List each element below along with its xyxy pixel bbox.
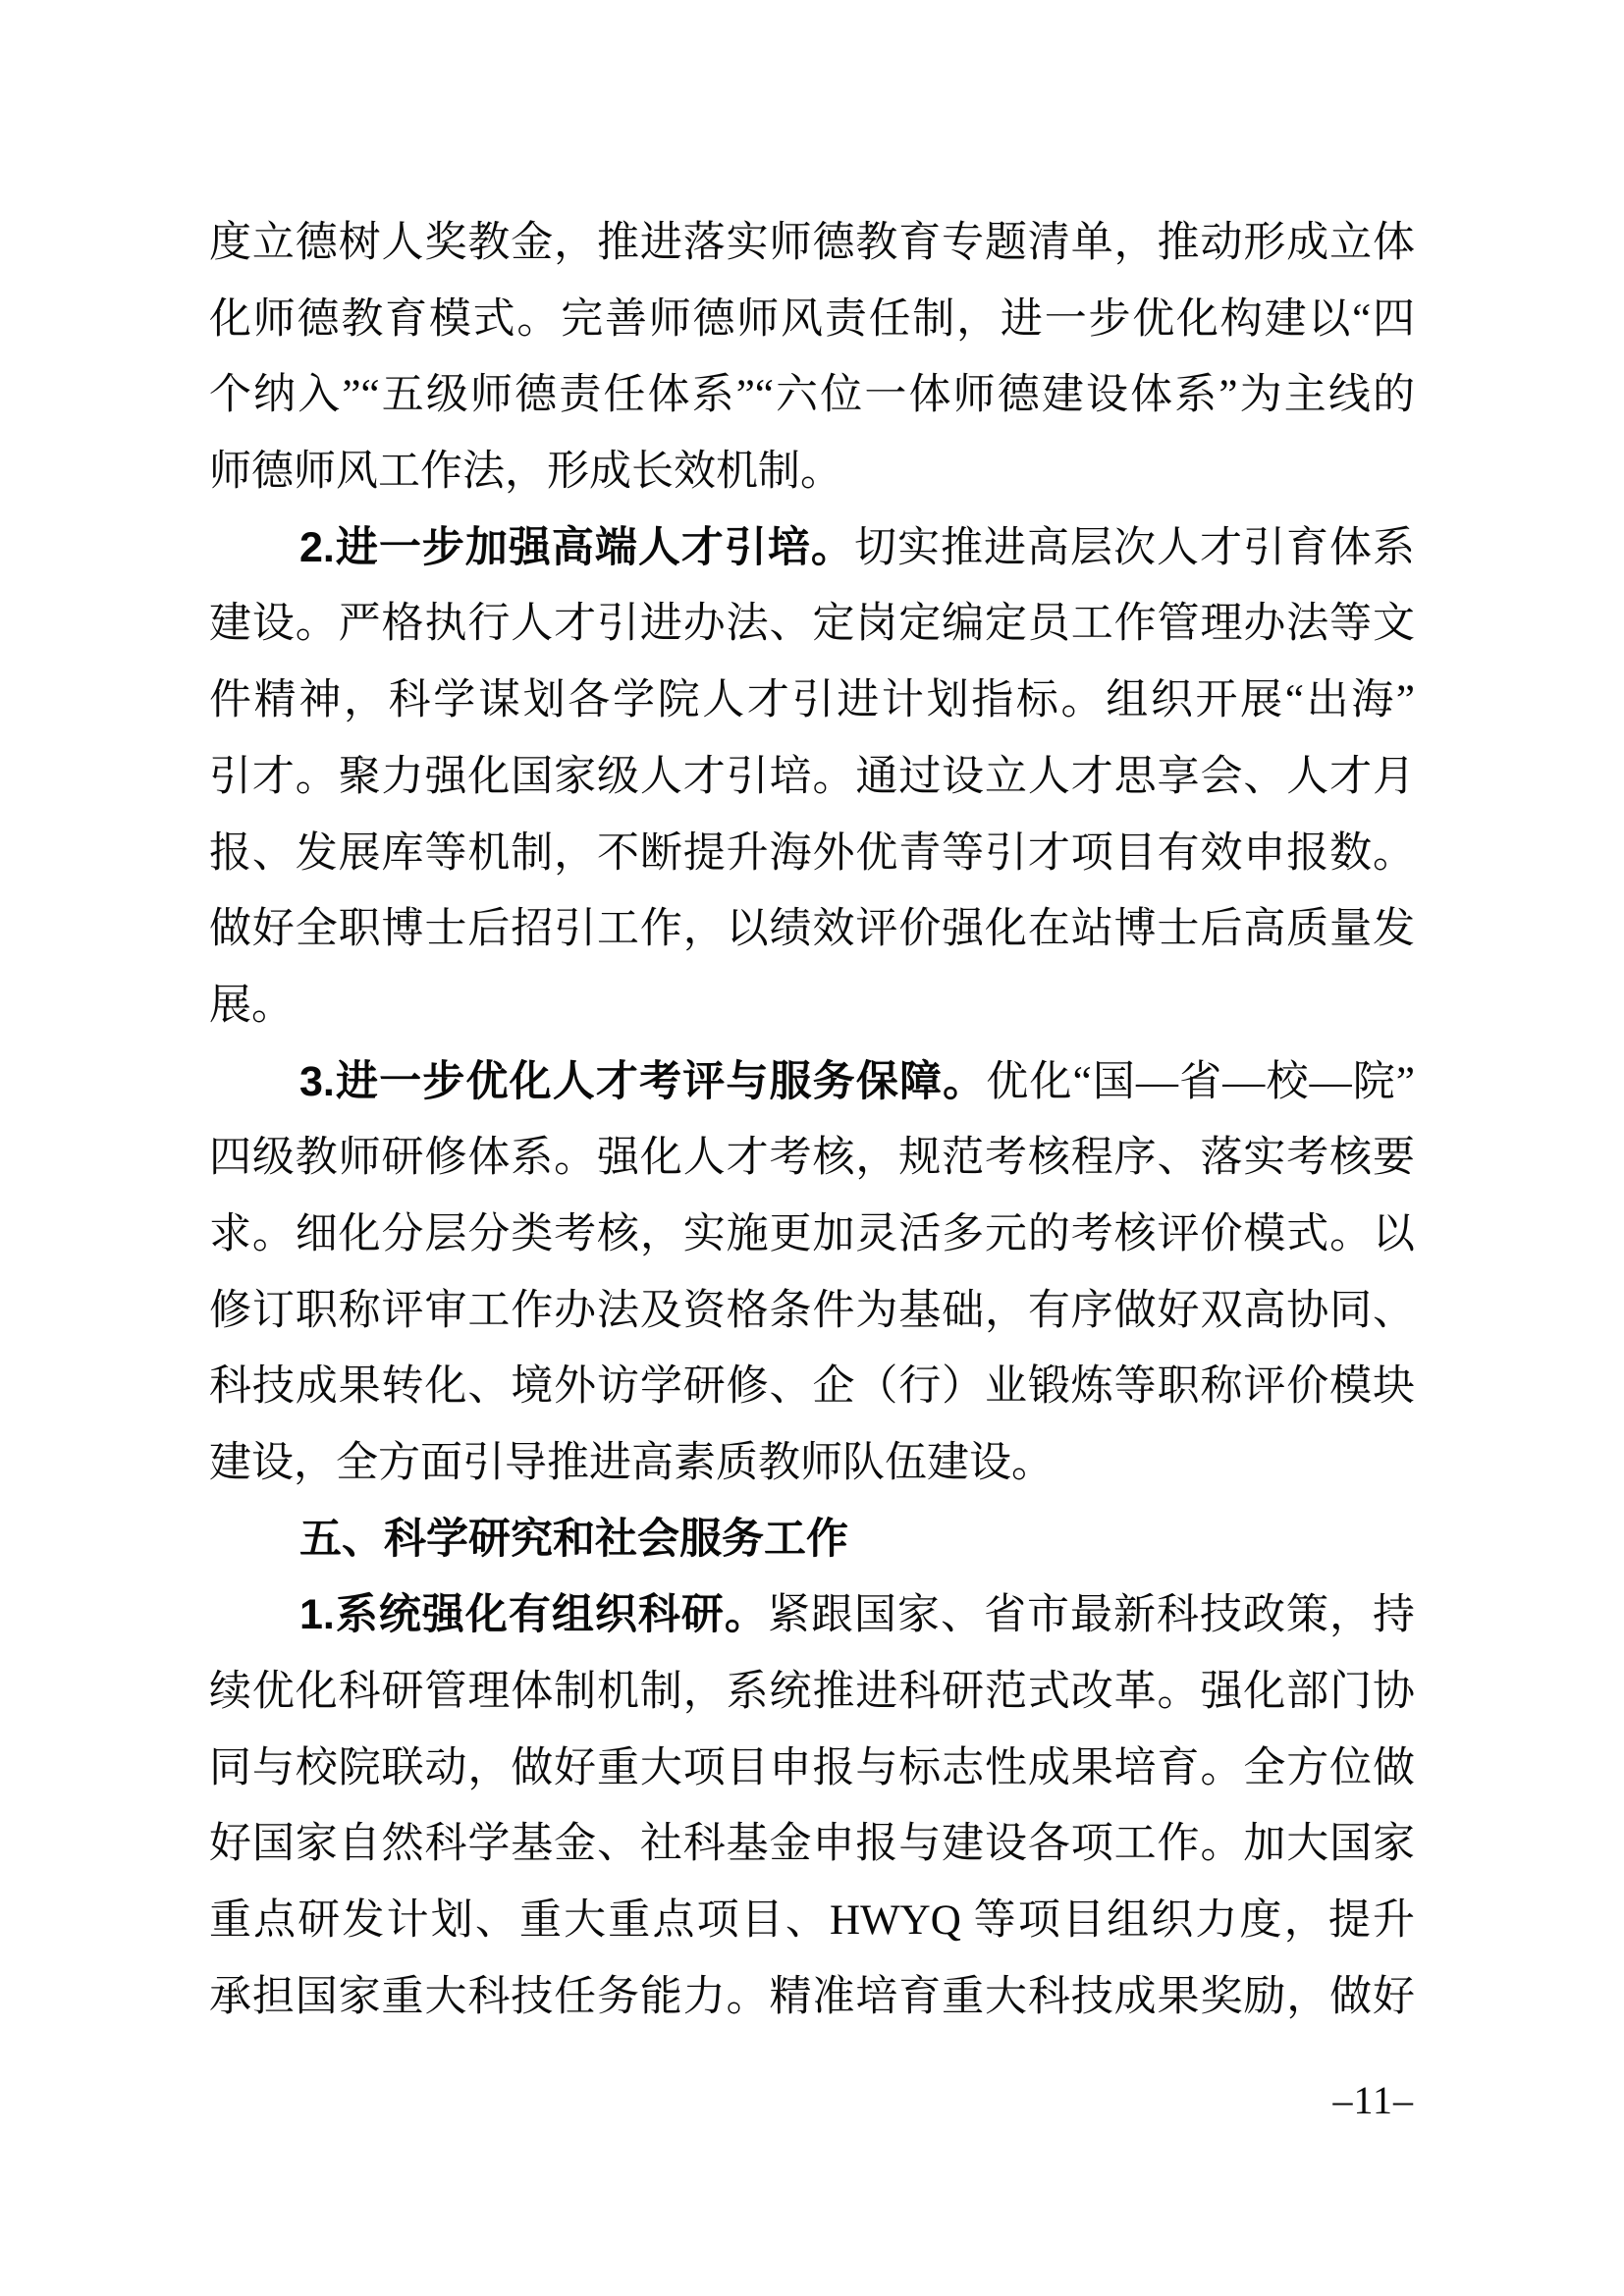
document-page: 度立德树人奖教金，推进落实师德教育专题清单，推动形成立体化师德教育模式。完善师德… — [0, 0, 1624, 2296]
talent-recruitment-paragraph: 2.进一步加强高端人才引培。切实推进高层次人才引育体系建设。严格执行人才引进办法… — [209, 510, 1415, 1044]
text-line: 重点研发计划、重大重点项目、HWYQ 等项目组织力度，提升 — [209, 1883, 1415, 1959]
body-text: 做好全职博士后招引工作，以绩效评价强化在站博士后高质量发 — [209, 906, 1415, 952]
text-line: 同与校院联动，做好重大项目申报与标志性成果培育。全方位做 — [209, 1731, 1415, 1807]
text-line: 建设。严格执行人才引进办法、定岗定编定员工作管理办法等文 — [209, 586, 1415, 663]
text-line: 个纳入”“五级师德责任体系”“六位一体师德建设体系”为主线的 — [209, 357, 1415, 434]
body-text: 紧跟国家、省市最新科技政策，持 — [768, 1592, 1415, 1638]
document-body: 度立德树人奖教金，推进落实师德教育专题清单，推动形成立体化师德教育模式。完善师德… — [209, 205, 1415, 2036]
page-number: –11– — [1332, 2077, 1414, 2124]
text-line: 修订职称评审工作办法及资格条件为基础，有序做好双高协同、 — [209, 1273, 1415, 1350]
text-line: 化师德教育模式。完善师德师风责任制，进一步优化构建以“四 — [209, 282, 1415, 358]
body-text: 展。 — [209, 983, 294, 1029]
body-text: 重点研发计划、重大重点项目、HWYQ 等项目组织力度，提升 — [209, 1897, 1415, 1944]
body-text: 修订职称评审工作办法及资格条件为基础，有序做好双高协同、 — [209, 1288, 1415, 1334]
body-text: 引才。聚力强化国家级人才引培。通过设立人才思享会、人才月 — [209, 754, 1415, 800]
text-line: 引才。聚力强化国家级人才引培。通过设立人才思享会、人才月 — [209, 739, 1415, 816]
body-text: 个纳入”“五级师德责任体系”“六位一体师德建设体系”为主线的 — [209, 372, 1415, 418]
body-text: 化师德教育模式。完善师德师风责任制，进一步优化构建以“四 — [209, 296, 1415, 343]
text-line: 师德师风工作法，形成长效机制。 — [209, 434, 1415, 510]
text-line: 建设，全方面引导推进高素质教师队伍建设。 — [209, 1425, 1415, 1502]
text-line: 件精神，科学谋划各学院人才引进计划指标。组织开展“出海” — [209, 663, 1415, 739]
body-text: 四级教师研修体系。强化人才考核，规范考核程序、落实考核要 — [209, 1135, 1415, 1181]
bold-lead-text: 3.进一步优化人才考评与服务保障。 — [299, 1058, 986, 1105]
bold-lead-text: 2.进一步加强高端人才引培。 — [299, 524, 854, 571]
body-text: 建设。严格执行人才引进办法、定岗定编定员工作管理办法等文 — [209, 601, 1415, 647]
research-organization-paragraph: 1.系统强化有组织科研。紧跟国家、省市最新科技政策，持续优化科研管理体制机制，系… — [209, 1577, 1415, 2035]
body-text: 报、发展库等机制，不断提升海外优青等引才项目有效申报数。 — [209, 830, 1415, 877]
body-text: 续优化科研管理体制机制，系统推进科研范式改革。强化部门协 — [209, 1669, 1415, 1715]
text-line: 3.进一步优化人才考评与服务保障。优化“国—省—校—院” — [209, 1044, 1415, 1121]
body-text: 好国家自然科学基金、社科基金申报与建设各项工作。加大国家 — [209, 1821, 1415, 1867]
body-text: 切实推进高层次人才引育体系 — [854, 525, 1415, 571]
body-text: 建设，全方面引导推进高素质教师队伍建设。 — [209, 1440, 1054, 1486]
text-line: 五、科学研究和社会服务工作 — [209, 1502, 1415, 1578]
text-line: 好国家自然科学基金、社科基金申报与建设各项工作。加大国家 — [209, 1806, 1415, 1883]
teacher-ethics-paragraph-continuation: 度立德树人奖教金，推进落实师德教育专题清单，推动形成立体化师德教育模式。完善师德… — [209, 205, 1415, 510]
text-line: 承担国家重大科技任务能力。精准培育重大科技成果奖励，做好 — [209, 1959, 1415, 2036]
text-line: 报、发展库等机制，不断提升海外优青等引才项目有效申报数。 — [209, 816, 1415, 892]
body-text: 科技成果转化、境外访学研修、企（行）业锻炼等职称评价模块 — [209, 1363, 1415, 1410]
text-line: 做好全职博士后招引工作，以绩效评价强化在站博士后高质量发 — [209, 891, 1415, 968]
talent-evaluation-paragraph: 3.进一步优化人才考评与服务保障。优化“国—省—校—院”四级教师研修体系。强化人… — [209, 1044, 1415, 1502]
bold-lead-text: 1.系统强化有组织科研。 — [299, 1591, 768, 1638]
body-text: 承担国家重大科技任务能力。精准培育重大科技成果奖励，做好 — [209, 1974, 1415, 2020]
body-text: 优化“国—省—校—院” — [986, 1059, 1415, 1105]
text-line: 科技成果转化、境外访学研修、企（行）业锻炼等职称评价模块 — [209, 1349, 1415, 1425]
text-line: 展。 — [209, 968, 1415, 1044]
text-line: 2.进一步加强高端人才引培。切实推进高层次人才引育体系 — [209, 510, 1415, 587]
text-line: 四级教师研修体系。强化人才考核，规范考核程序、落实考核要 — [209, 1120, 1415, 1197]
section-5-heading: 五、科学研究和社会服务工作 — [209, 1502, 1415, 1578]
body-text: 师德师风工作法，形成长效机制。 — [209, 449, 842, 495]
body-text: 度立德树人奖教金，推进落实师德教育专题清单，推动形成立体 — [209, 220, 1415, 266]
body-text: 件精神，科学谋划各学院人才引进计划指标。组织开展“出海” — [209, 677, 1415, 723]
body-text: 同与校院联动，做好重大项目申报与标志性成果培育。全方位做 — [209, 1745, 1415, 1791]
text-line: 续优化科研管理体制机制，系统推进科研范式改革。强化部门协 — [209, 1654, 1415, 1731]
text-line: 求。细化分层分类考核，实施更加灵活多元的考核评价模式。以 — [209, 1197, 1415, 1273]
section-heading-text: 五、科学研究和社会服务工作 — [299, 1516, 848, 1563]
body-text: 求。细化分层分类考核，实施更加灵活多元的考核评价模式。以 — [209, 1211, 1415, 1257]
text-line: 度立德树人奖教金，推进落实师德教育专题清单，推动形成立体 — [209, 205, 1415, 282]
text-line: 1.系统强化有组织科研。紧跟国家、省市最新科技政策，持 — [209, 1577, 1415, 1654]
